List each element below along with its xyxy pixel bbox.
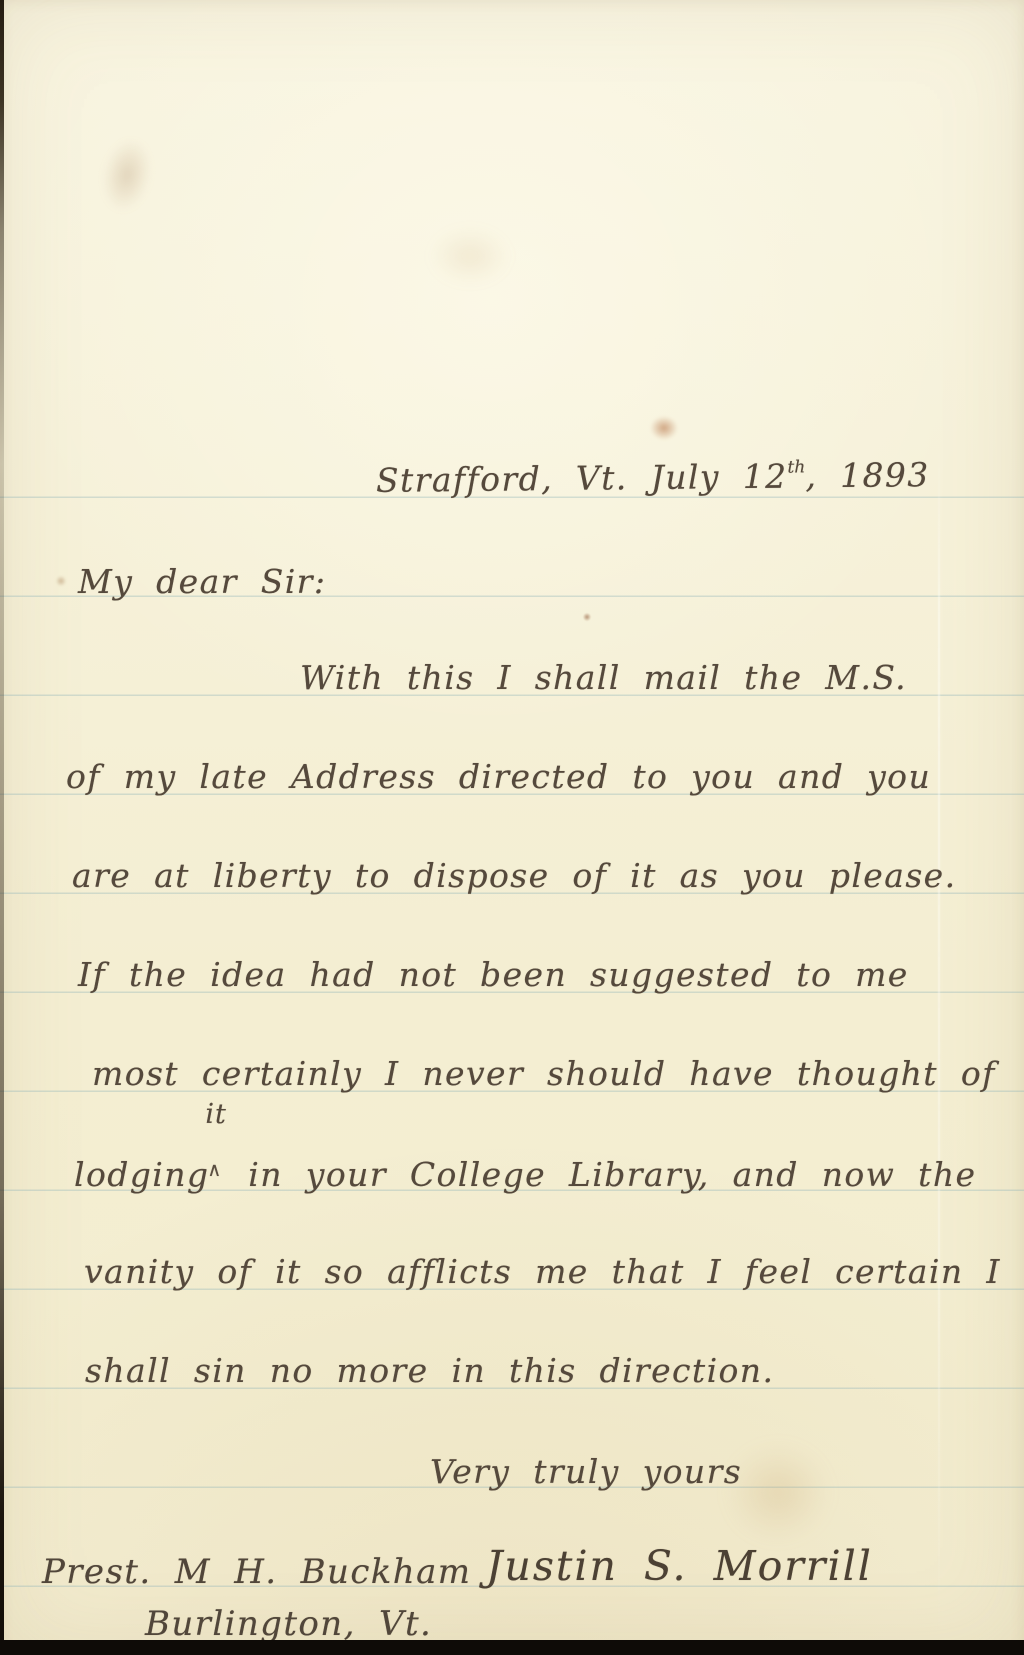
crease-line <box>938 440 940 1655</box>
salutation: My dear Sir: <box>78 562 326 601</box>
inserted-word: it <box>205 1099 227 1130</box>
letter-line-8: shall sin no more in this direction. <box>85 1351 774 1390</box>
letter-line-6: lodgingit∧ in your College Library, and … <box>74 1153 976 1194</box>
dateline-place: Strafford, Vt. <box>376 458 628 500</box>
stain <box>650 416 678 440</box>
recipient-name: Prest. M H. Buckham <box>42 1552 471 1592</box>
signature: Justin S. Morrill <box>486 1540 873 1592</box>
insertion: it∧ <box>209 1153 225 1186</box>
line6-post: in your College Library, and now the <box>248 1155 976 1194</box>
letter-line-7: vanity of it so afflicts me that I feel … <box>84 1252 1001 1291</box>
letter-line-2: of my late Address directed to you and y… <box>66 757 931 796</box>
paper-edge-left <box>0 0 4 1655</box>
stain <box>728 1445 828 1540</box>
insertion-caret-icon: ∧ <box>207 1159 222 1181</box>
stain <box>56 576 66 586</box>
dateline: Strafford, Vt. July 12th, 1893 <box>376 455 930 500</box>
letter-line-5: most certainly I never should have thoug… <box>92 1054 996 1093</box>
letter-line-4: If the idea had not been suggested to me <box>78 955 909 994</box>
closing: Very truly yours <box>430 1452 742 1491</box>
recipient-address: Burlington, Vt. <box>145 1604 432 1644</box>
ruled-lines <box>0 448 1024 1588</box>
letter-line-1: With this I shall mail the M.S. <box>300 658 907 697</box>
stain <box>96 134 158 216</box>
dateline-year: , 1893 <box>805 455 930 495</box>
line6-pre: lodging <box>74 1155 209 1194</box>
dateline-superscript: th <box>787 457 805 477</box>
letter-page: Strafford, Vt. July 12th, 1893 My dear S… <box>0 0 1024 1655</box>
dateline-date: July 12 <box>650 457 787 497</box>
stain <box>583 613 591 621</box>
letter-line-3: are at liberty to dispose of it as you p… <box>72 856 956 895</box>
stain <box>430 228 510 284</box>
